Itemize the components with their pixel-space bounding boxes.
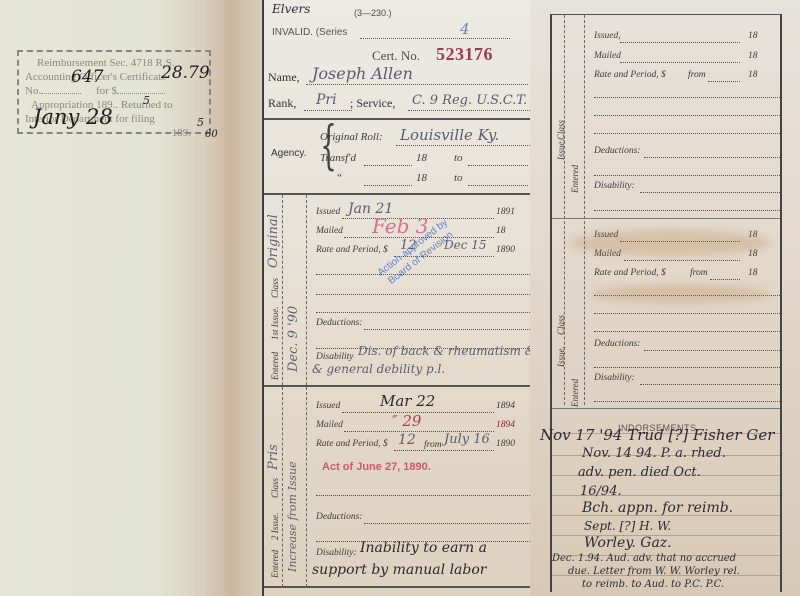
issue-1-mailed-label: Mailed	[316, 226, 343, 236]
original-roll-label: Original Roll:	[320, 131, 383, 143]
divider	[264, 193, 530, 195]
issue-1-issued-label: Issued	[316, 207, 340, 217]
series-value: 4	[460, 20, 470, 38]
issue-1-disability-label: Disability	[316, 352, 353, 362]
brace: {	[320, 120, 337, 172]
issue-4-deductions-label: Deductions:	[594, 339, 640, 349]
issue-2-vertical-class: Class	[270, 478, 280, 498]
blank-dotline	[594, 210, 780, 211]
service-dotline	[408, 110, 530, 111]
service-label: ; Service,	[350, 96, 395, 111]
rank-dotline	[304, 110, 352, 111]
issue-2-vertical-entered: Entered	[270, 550, 280, 578]
service-value: C. 9 Reg. U.S.C.T.	[412, 93, 527, 108]
divider	[264, 118, 530, 120]
endorsement-line-5: Bch. appn. for reimb.	[582, 500, 733, 516]
blank-dotline	[316, 294, 530, 295]
agency-label: Agency.	[271, 148, 306, 159]
ditto-mark: “	[336, 172, 342, 184]
ditto-to: to	[454, 172, 463, 184]
issue-2-rate-from-label: from	[424, 440, 442, 450]
rank-label: Rank,	[268, 96, 296, 111]
ditto-to-dotline	[468, 185, 528, 186]
divider	[264, 385, 530, 387]
issue-3-deductions-label: Deductions:	[594, 146, 640, 156]
name-dotline	[306, 84, 528, 85]
issue-3-mailed-year: 18	[748, 51, 758, 61]
endorsement-line-2: Nov. 14 94. P. a. rhed.	[582, 446, 726, 461]
stamp-approp-year: 5	[143, 94, 150, 108]
issue-2-mailed-label: Mailed	[316, 420, 343, 430]
issue-3-disability-label: Disability:	[594, 181, 635, 191]
from-dotline	[708, 81, 740, 82]
issue-2-mailed-year: 1894	[496, 420, 515, 430]
deductions-dotline	[364, 523, 530, 524]
surname-handwritten: Elvers	[272, 2, 310, 16]
mailed-dotline	[624, 260, 740, 261]
blank-dotline	[594, 313, 780, 314]
vertical-rule	[306, 387, 307, 587]
issue-1-deductions-label: Deductions:	[316, 318, 362, 328]
issue-3-issued-label: Issued,	[594, 31, 621, 41]
blank-dotline	[594, 115, 780, 116]
transfd-label: Transf'd	[320, 152, 356, 164]
issue-1-rate-year: 1890	[496, 245, 515, 255]
transfd-to: to	[454, 152, 463, 164]
water-stain	[570, 230, 770, 256]
blank-dotline	[594, 133, 780, 134]
issue-2-entered-value: Increase from Issue	[286, 461, 299, 572]
issue-1-vertical-entered: Entered	[270, 352, 280, 380]
divider	[552, 408, 780, 409]
deductions-dotline	[644, 157, 780, 158]
issue-1-disability-value-2: & general debility p.l.	[312, 362, 445, 376]
divider	[552, 218, 780, 219]
left-cover-panel: Reimbursement Sec. 4718 R.S. Accounting …	[0, 0, 262, 596]
vertical-rule	[282, 195, 283, 385]
issue-2-deductions-label: Deductions:	[316, 512, 362, 522]
issued-dotline	[620, 42, 740, 43]
issue-1-entered-value: Dec. 9 '90	[286, 306, 301, 372]
blank-dotline	[316, 312, 530, 313]
reimbursement-stamp: Reimbursement Sec. 4718 R.S. Accounting …	[17, 50, 211, 134]
issue-2-disability-value-2: support by manual labor	[312, 562, 486, 578]
name-label: Name,	[268, 70, 300, 85]
issue-3-from-label: from	[688, 70, 706, 80]
vertical-rule	[282, 387, 283, 587]
issue-2-mailed-value: ″ 29	[392, 412, 421, 430]
rate-dotline	[394, 450, 494, 451]
stamp-extra: 60	[205, 128, 218, 142]
issue-1-class-value: Original	[266, 214, 281, 268]
endorsement-line-7: Worley. Gaz.	[584, 535, 672, 551]
endorsement-line-10: to reimb. to Aud. to P.C. P.C.	[582, 579, 724, 590]
issue-1-issued-year: 1891	[496, 207, 515, 217]
issue-3-issued-year: 18	[748, 31, 758, 41]
series-label: INVALID. (Series	[272, 27, 347, 38]
transfd-dotline	[364, 165, 412, 166]
ditto-dotline	[364, 185, 412, 186]
issue-2-disability-value-1: Inability to earn a	[360, 540, 487, 556]
issue-2-rate-from: July 16	[444, 432, 490, 447]
issue-2-issued-year: 1894	[496, 401, 515, 411]
blank-dotline	[594, 175, 780, 176]
ditto-year: 18	[416, 172, 427, 184]
transfd-year: 18	[416, 152, 427, 164]
blank-dotline	[316, 495, 530, 496]
issue-4-vertical-entered: Entered	[570, 379, 580, 407]
issue-4-disability-label: Disability:	[594, 373, 635, 383]
form-code: (3—230.)	[354, 8, 392, 18]
issue-2-issued-value: Mar 22	[380, 392, 435, 410]
stamp-year-label: 189	[172, 127, 189, 139]
disability-dotline	[640, 192, 780, 193]
endorsement-line-1: Nov 17 '94 Trud [?] Fisher Ger	[540, 426, 774, 444]
mailed-dotline	[620, 62, 740, 63]
issue-4-rate-year: 18	[748, 268, 758, 278]
issue-2-vertical-issue: 2 Issue.	[270, 513, 280, 541]
issue-2-issued-label: Issued	[316, 401, 340, 411]
original-roll-value: Louisville Ky.	[400, 126, 499, 144]
endorsement-line-6: Sept. [?] H. W.	[584, 519, 671, 533]
issue-1-rate-label: Rate and Period, $	[316, 245, 388, 255]
stamp-line-no: No. for $	[25, 84, 203, 98]
issue-3-vertical-issue: Issue.	[556, 139, 566, 160]
endorsement-line-4: 16/94.	[580, 484, 622, 499]
issue-2-disability-label: Disability:	[316, 548, 357, 558]
stamp-year-value: 5	[197, 116, 204, 130]
series-dotline	[360, 38, 510, 39]
issue-3-vertical-entered: Entered	[570, 165, 580, 193]
blank-dotline	[594, 401, 780, 402]
vertical-rule	[306, 195, 307, 385]
water-stain	[590, 285, 770, 303]
transfd-to-dotline	[468, 165, 528, 166]
endorsements-back-panel: Entered Issue. Class Issued, 18 Mailed 1…	[530, 0, 800, 596]
deductions-dotline	[644, 350, 780, 351]
issue-3-mailed-label: Mailed	[594, 51, 621, 61]
cert-label: Cert. No.	[372, 48, 420, 64]
stamp-no-label: No.	[25, 85, 41, 97]
blank-dotline	[594, 97, 780, 98]
issue-1-vertical-issue: 1st Issue.	[270, 307, 280, 341]
issue-3-rate-label: Rate and Period, $	[594, 70, 666, 80]
stamp-date: Jany 28	[33, 110, 113, 124]
blank-dotline	[594, 367, 780, 368]
issue-2-rate-label: Rate and Period, $	[316, 439, 388, 449]
endorsement-line-9: due. Letter from W. W. Worley rel.	[568, 566, 740, 577]
divider	[264, 586, 530, 588]
act-stamp: Act of June 27, 1890.	[322, 461, 431, 473]
issue-2-rate-year: 1890	[496, 439, 515, 449]
original-roll-dotline	[396, 145, 530, 146]
issue-3-rate-year: 18	[748, 70, 758, 80]
issue-4-rate-label: Rate and Period, $	[594, 268, 666, 278]
deductions-dotline	[364, 329, 530, 330]
issue-3-vertical-class: Class	[556, 120, 566, 140]
disability-dotline	[640, 384, 780, 385]
issue-4-from-label: from	[690, 268, 708, 278]
stamp-amount: 28.79	[161, 66, 210, 80]
vertical-rule	[584, 15, 585, 405]
certificate-face-panel: Elvers (3—230.) INVALID. (Series 4 Cert.…	[262, 0, 530, 596]
rank-value: Pri	[316, 92, 337, 108]
issue-2-class-value: Pris	[266, 444, 281, 470]
issue-1-vertical-class: Class	[270, 278, 280, 298]
issue-4-vertical-issue: Issue.	[556, 346, 566, 367]
name-value: Joseph Allen	[312, 64, 413, 83]
stamp-no-value: 647	[71, 70, 103, 84]
blank-dotline	[316, 274, 530, 275]
issue-4-vertical-class: Class	[556, 315, 566, 335]
endorsement-line-8: Dec. 1.94. Aud. adv. that no accrued	[552, 553, 736, 564]
endorsement-line-3: adv. pen. died Oct.	[578, 465, 701, 480]
blank-dotline	[594, 331, 780, 332]
from-dotline	[710, 279, 740, 280]
issue-1-mailed-year: 18	[496, 226, 506, 236]
cert-number: 523176	[436, 44, 493, 65]
issue-2-rate-value: 12	[398, 432, 416, 448]
